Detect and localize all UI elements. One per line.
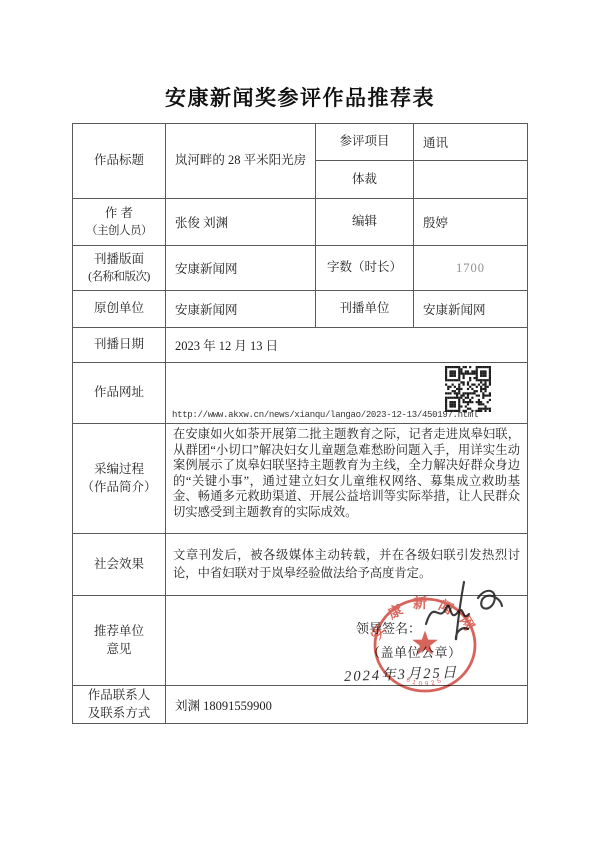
social-effect-label: 社会效果: [73, 534, 166, 596]
recommendation-cell: 领导签名： （盖单位公章） 2024年3月25日: [166, 596, 528, 686]
orig-unit-label: 原创单位: [73, 291, 166, 328]
work-url-label: 作品网址: [73, 363, 166, 424]
pub-page-value: 安康新闻网: [166, 246, 316, 291]
recommendation-label-line1: 推荐单位: [75, 623, 163, 641]
pub-page-label-line1: 刊播版面: [75, 251, 163, 269]
author-value: 张俊 刘渊: [166, 199, 316, 246]
work-url-value: http://www.akxw.cn/news/xianqu/langao/20…: [172, 410, 478, 420]
recommendation-label-line2: 意见: [75, 641, 163, 659]
process-label-line2: （作品简介）: [75, 479, 163, 497]
scanned-form-page: 安康新闻奖参评作品推荐表 作品标题 岚河畔的 28 平米阳光房 参评项目 通讯 …: [0, 0, 600, 848]
author-label-line2: （主创人员）: [75, 223, 163, 239]
editor-label: 编辑: [316, 199, 414, 246]
word-count-value: 1700: [414, 246, 528, 291]
work-url-cell: http://www.akxw.cn/news/xianqu/langao/20…: [166, 363, 528, 424]
pub-unit-label: 刊播单位: [316, 291, 414, 328]
pub-page-label-line2: (名称和版次): [75, 269, 163, 285]
recommendation-form-table: 作品标题 岚河畔的 28 平米阳光房 参评项目 通讯 体裁 作 者 （主创人员）…: [72, 123, 528, 724]
word-count-label: 字数（时长）: [316, 246, 414, 291]
contact-label: 作品联系人 及联系方式: [73, 686, 166, 724]
process-label-line1: 采编过程: [75, 461, 163, 479]
work-title-label: 作品标题: [73, 124, 166, 199]
pub-page-label: 刊播版面 (名称和版次): [73, 246, 166, 291]
process-value: 在安康如火如荼开展第二批主题教育之际，记者走进岚皋妇联，从群团“小切口”解决妇女…: [166, 424, 528, 534]
contact-label-line2: 及联系方式: [75, 705, 163, 723]
author-label-line1: 作 者: [75, 205, 163, 223]
seal-note: （盖单位公章）: [367, 642, 462, 661]
orig-unit-value: 安康新闻网: [166, 291, 316, 328]
social-effect-value: 文章刊发后，被各级媒体主动转载，并在各级妇联引发热烈讨论，中省妇联对于岚皋经验做…: [166, 534, 528, 596]
contact-label-line1: 作品联系人: [75, 687, 163, 705]
pub-date-label: 刊播日期: [73, 328, 166, 363]
author-label: 作 者 （主创人员）: [73, 199, 166, 246]
recommendation-label: 推荐单位 意见: [73, 596, 166, 686]
contact-value: 刘渊 18091559900: [166, 686, 528, 724]
genre-value: [414, 161, 528, 199]
pub-date-value: 2023 年 12 月 13 日: [166, 328, 528, 363]
handwritten-date: 2024年3月25日: [344, 661, 459, 685]
process-label: 采编过程 （作品简介）: [73, 424, 166, 534]
genre-label: 体裁: [316, 161, 414, 199]
entry-item-value: 通讯: [414, 124, 528, 161]
leader-signature-label: 领导签名：: [356, 618, 421, 637]
page-title: 安康新闻奖参评作品推荐表: [0, 82, 600, 112]
editor-value: 殷婷: [414, 199, 528, 246]
entry-item-label: 参评项目: [316, 124, 414, 161]
pub-unit-value: 安康新闻网: [414, 291, 528, 328]
qr-code-icon: [445, 366, 491, 412]
work-title-value: 岚河畔的 28 平米阳光房: [166, 124, 316, 199]
